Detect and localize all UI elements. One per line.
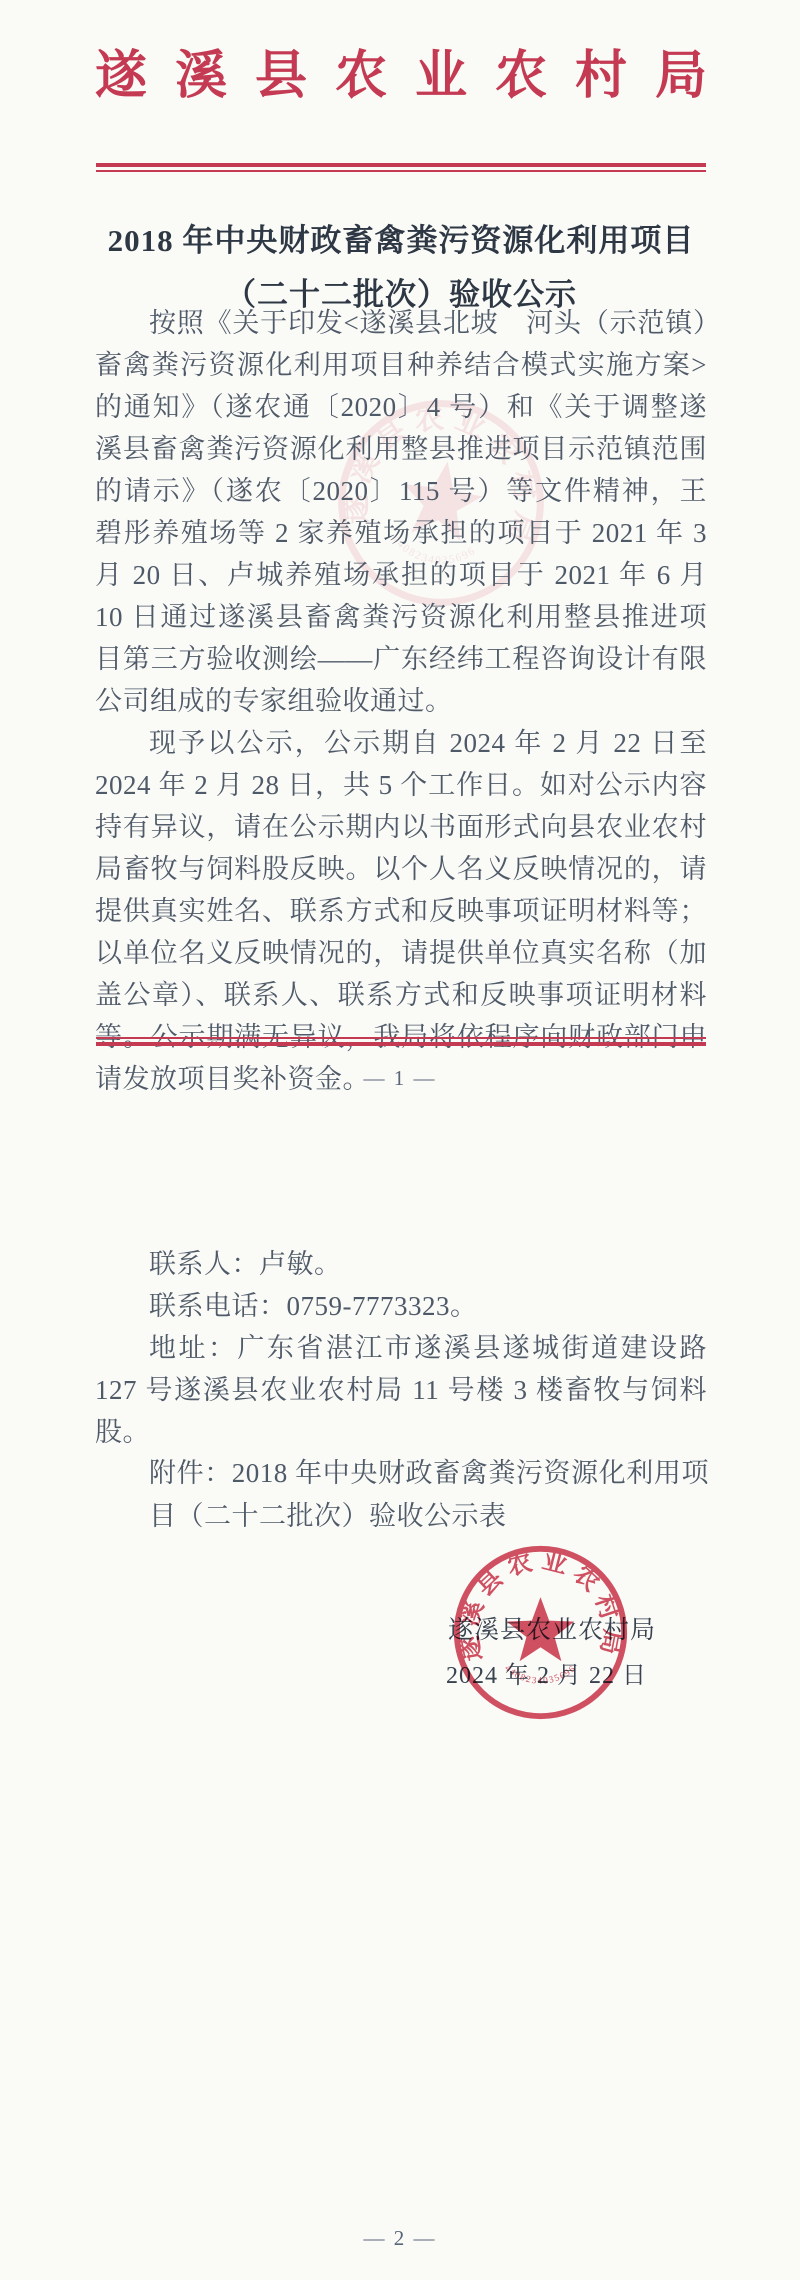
attachment-note: 附件：2018 年中央财政畜禽粪污资源化利用项目（二十二批次）验收公示表	[149, 1452, 709, 1538]
doc-title-line1: 2018 年中央财政畜禽粪污资源化利用项目	[95, 214, 707, 268]
contact-block: 联系人：卢敏。 联系电话：0759-7773323。 地址：广东省湛江市遂溪县遂…	[95, 1243, 707, 1453]
page-number-1: — 1 —	[0, 1066, 800, 1091]
seal-code-text: 4408234035696	[502, 1664, 578, 1687]
contact-address: 地址：广东省湛江市遂溪县遂城街道建设路 127 号遂溪县农业农村局 11 号楼 …	[95, 1327, 707, 1453]
header-divider	[96, 163, 706, 172]
document-body: 按照《关于印发<遂溪县北坡 河头（示范镇）畜禽粪污资源化利用项目种养结合模式实施…	[95, 302, 707, 1100]
paragraph-basis: 按照《关于印发<遂溪县北坡 河头（示范镇）畜禽粪污资源化利用项目种养结合模式实施…	[95, 302, 707, 722]
svg-text:4408234035696: 4408234035696	[502, 1664, 578, 1687]
agency-header: 遂溪县农业农村局	[95, 44, 707, 109]
contact-person: 联系人：卢敏。	[95, 1243, 707, 1285]
official-seal: 遂溪县农业农村局 4408234035696	[447, 1539, 634, 1726]
page-number-2: — 2 —	[0, 2226, 800, 2251]
footer-divider	[96, 1037, 706, 1046]
document-page: 遂溪县农业农村局 2018 年中央财政畜禽粪污资源化利用项目 （二十二批次）验收…	[0, 0, 800, 2280]
contact-phone: 联系电话：0759-7773323。	[95, 1285, 707, 1327]
star-icon	[507, 1597, 574, 1661]
